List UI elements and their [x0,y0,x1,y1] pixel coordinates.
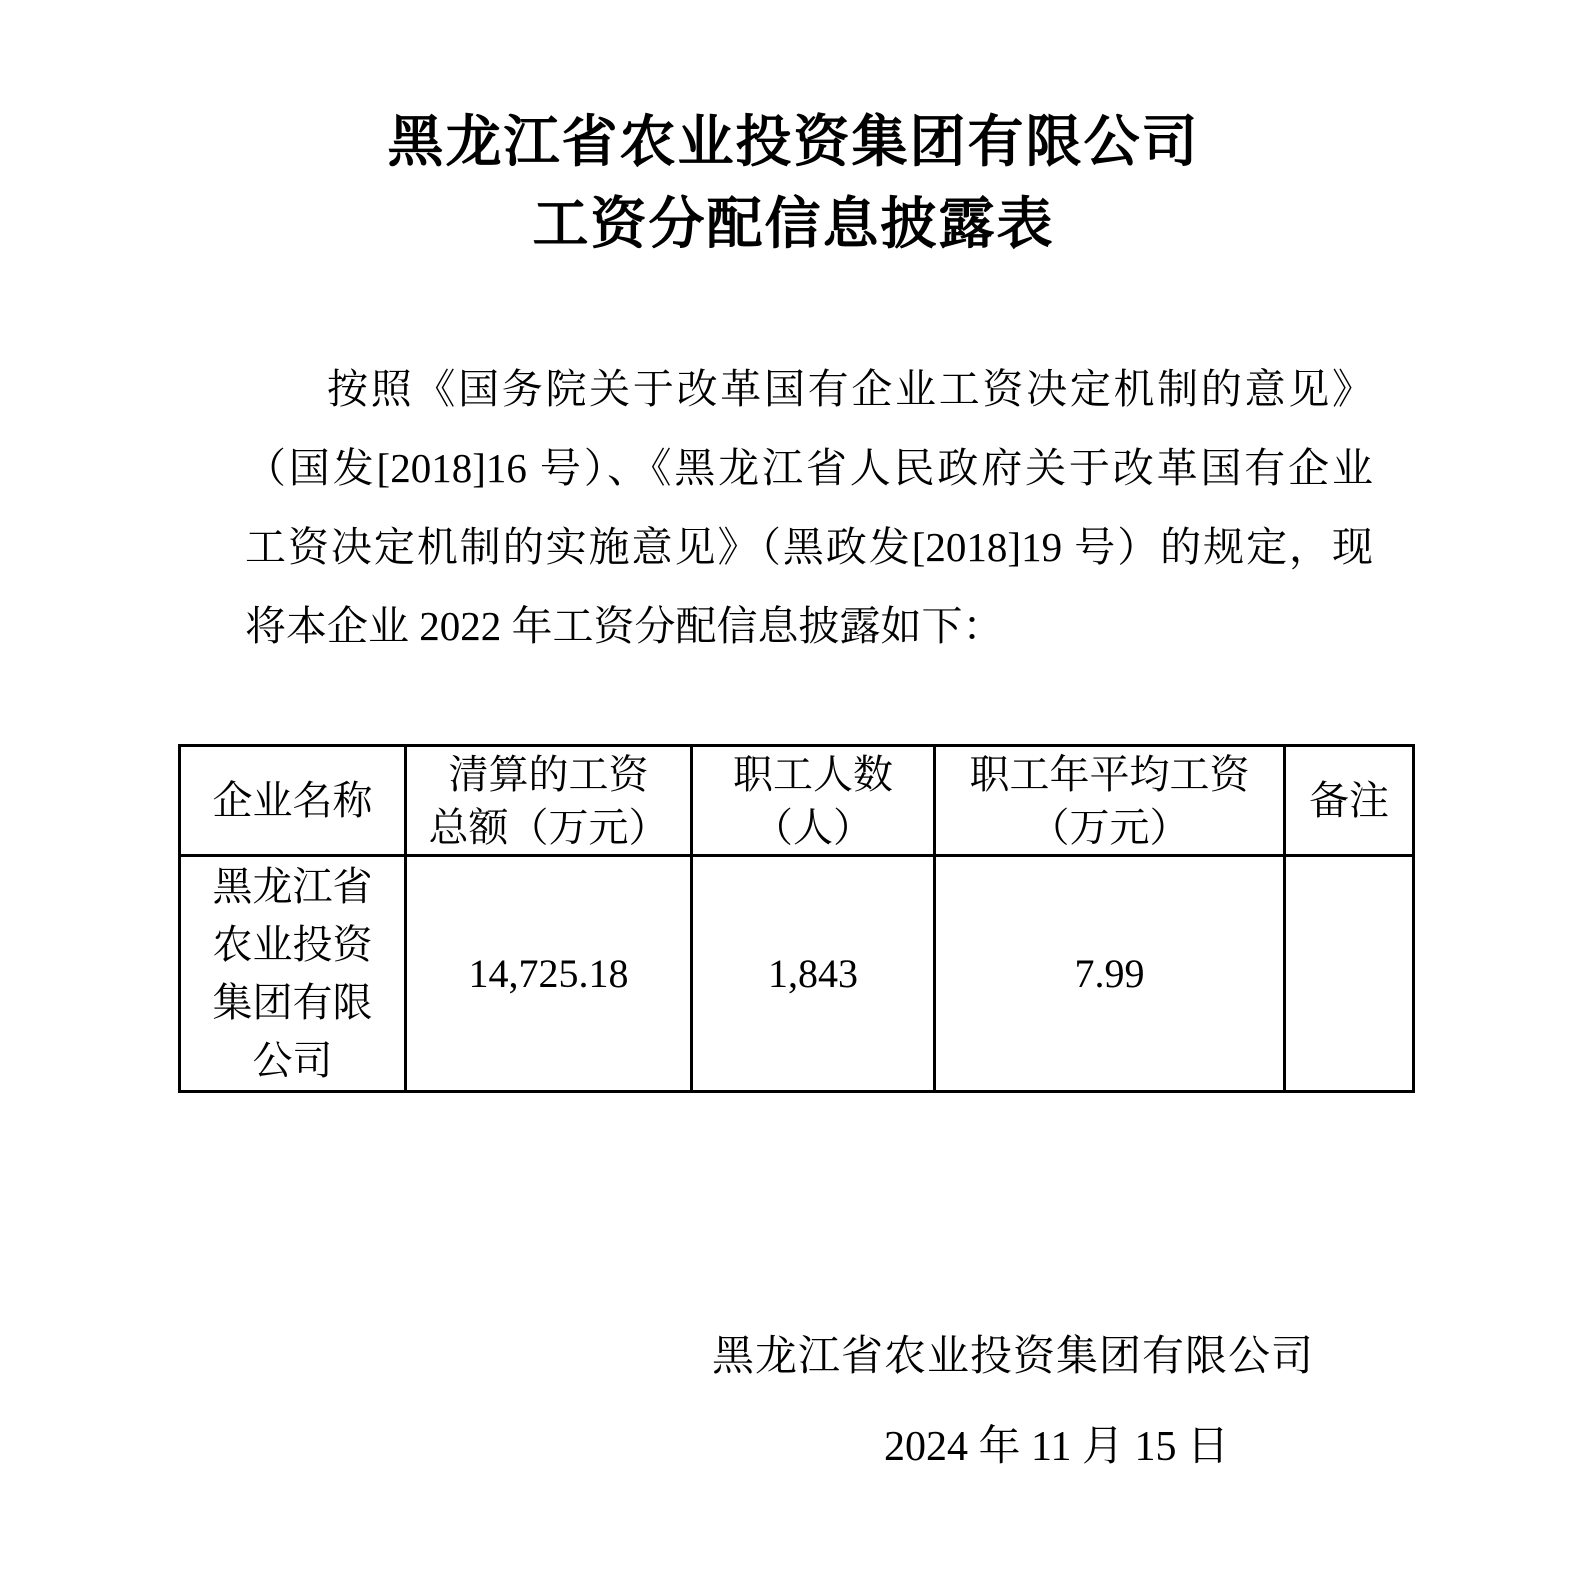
cell-remark [1285,856,1414,1092]
company-name-line1: 黑龙江省 [181,858,404,916]
title-line-1: 黑龙江省农业投资集团有限公司 [0,102,1587,184]
table-header-row: 企业名称 清算的工资 总额（万元） 职工人数 （人） 职工年平均工资 （万元） … [180,746,1414,856]
company-name-line2: 农业投资 [181,916,404,974]
header-avg-annual-wage: 职工年平均工资 （万元） [935,746,1285,856]
intro-line-2: （国发[2018]16 号）、《黑龙江省人民政府关于改革国有企业 [245,429,1373,508]
header-employee-count-line1: 职工人数 [693,748,933,801]
cell-company-name: 黑龙江省 农业投资 集团有限 公司 [180,856,406,1092]
header-settled-wage-line2: 总额（万元） [407,801,690,854]
intro-paragraph: 按照《国务院关于改革国有企业工资决定机制的意见》 （国发[2018]16 号）、… [245,350,1373,666]
header-employee-count: 职工人数 （人） [692,746,935,856]
header-settled-wage-total: 清算的工资 总额（万元） [406,746,692,856]
header-settled-wage-line1: 清算的工资 [407,748,690,801]
company-name-line4: 公司 [181,1032,404,1090]
header-remark: 备注 [1285,746,1414,856]
header-employee-count-line2: （人） [693,801,933,854]
table-row: 黑龙江省 农业投资 集团有限 公司 14,725.18 1,843 7.99 [180,856,1414,1092]
intro-line-4: 将本企业 2022 年工资分配信息披露如下： [245,587,1373,666]
header-avg-annual-wage-line2: （万元） [936,801,1283,854]
cell-settled-wage-total: 14,725.18 [406,856,692,1092]
footer-date: 2024 年 11 月 15 日 [884,1419,1587,1475]
document-title: 黑龙江省农业投资集团有限公司 工资分配信息披露表 [0,0,1587,266]
cell-employee-count: 1,843 [692,856,935,1092]
intro-line-3: 工资决定机制的实施意见》（黑政发[2018]19 号）的规定，现 [245,508,1373,587]
header-avg-annual-wage-line1: 职工年平均工资 [936,748,1283,801]
title-line-2: 工资分配信息披露表 [0,184,1587,266]
header-company-name: 企业名称 [180,746,406,856]
header-company-name-label: 企业名称 [181,774,404,827]
intro-line-1: 按照《国务院关于改革国有企业工资决定机制的意见》 [245,350,1373,429]
document-page: 黑龙江省农业投资集团有限公司 工资分配信息披露表 按照《国务院关于改革国有企业工… [0,0,1587,1591]
header-remark-label: 备注 [1286,774,1412,827]
wage-disclosure-table: 企业名称 清算的工资 总额（万元） 职工人数 （人） 职工年平均工资 （万元） … [178,744,1415,1093]
cell-avg-annual-wage: 7.99 [935,856,1285,1092]
company-name-line3: 集团有限 [181,974,404,1032]
footer-company-name: 黑龙江省农业投资集团有限公司 [712,1329,1587,1385]
